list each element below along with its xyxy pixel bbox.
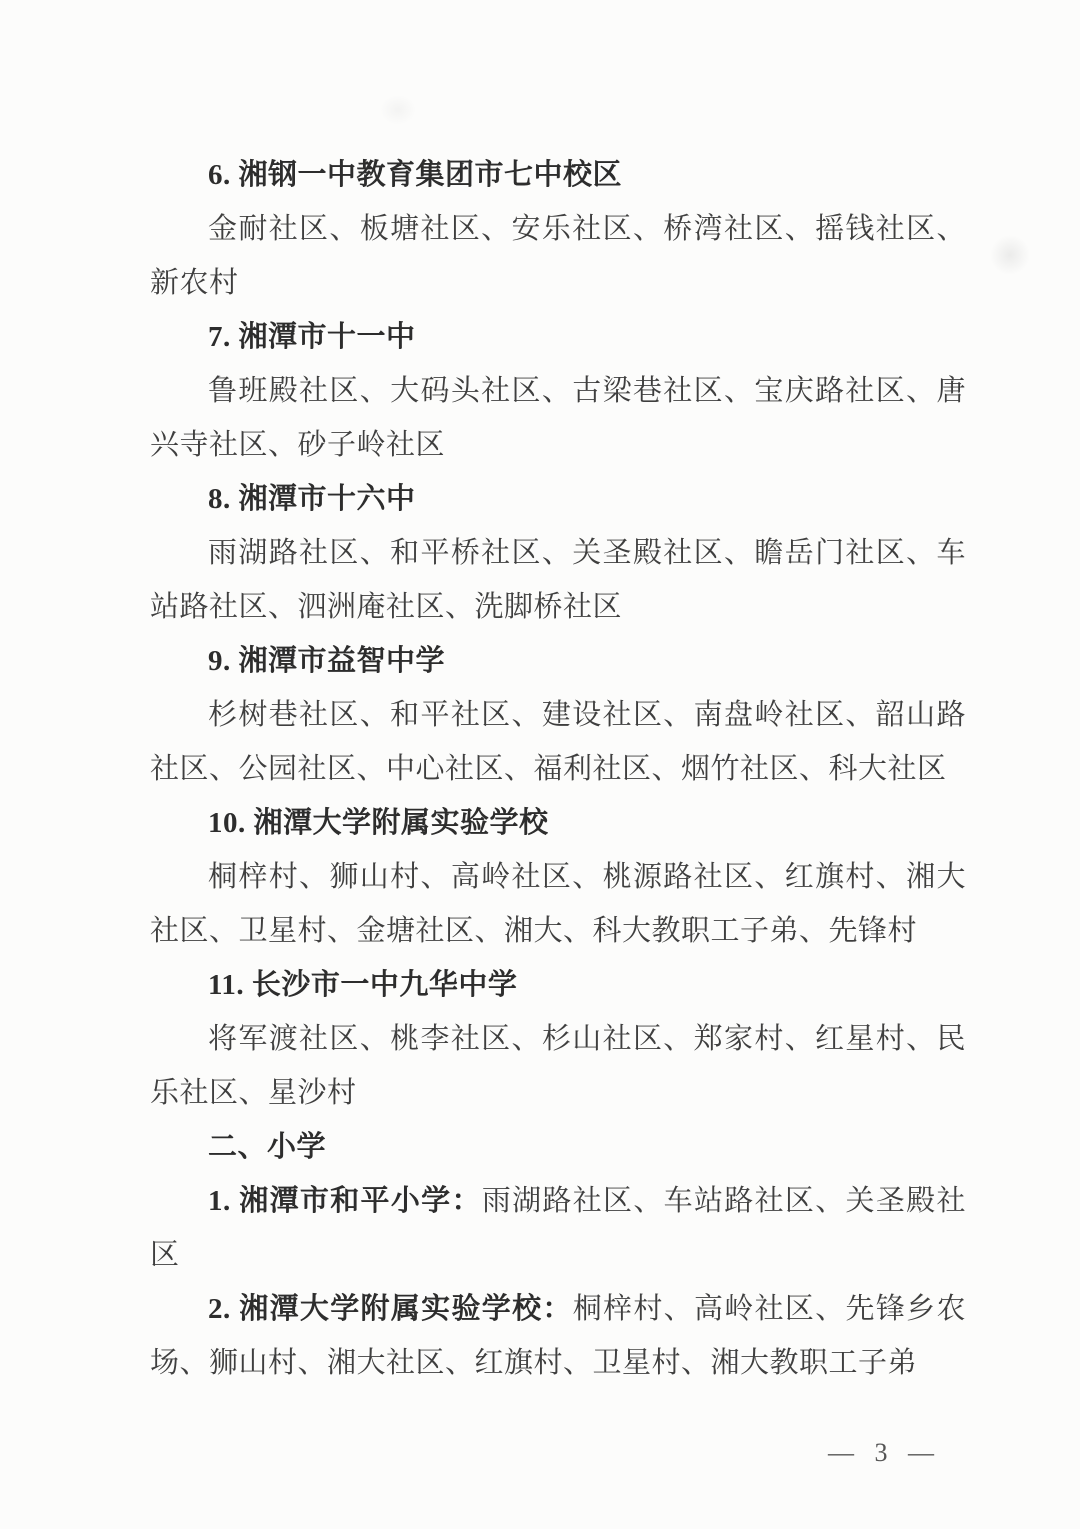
page-number-text: — 3 — <box>828 1438 936 1467</box>
section-heading-8: 8. 湘潭市十六中 <box>150 472 966 526</box>
section-heading-10: 10. 湘潭大学附属实验学校 <box>150 796 966 850</box>
document-body: 6. 湘钢一中教育集团市七中校区 金耐社区、板塘社区、安乐社区、桥湾社区、摇钱社… <box>150 148 966 1390</box>
section-communities-7: 鲁班殿社区、大码头社区、古梁巷社区、宝庆路社区、唐兴寺社区、砂子岭社区 <box>150 364 966 472</box>
section-communities-9: 杉树巷社区、和平社区、建设社区、南盘岭社区、韶山路社区、公园社区、中心社区、福利… <box>150 688 966 796</box>
section-communities-11: 将军渡社区、桃李社区、杉山社区、郑家村、红星村、民乐社区、星沙村 <box>150 1012 966 1120</box>
section-communities-8: 雨湖路社区、和平桥社区、关圣殿社区、瞻岳门社区、车站路社区、泗洲庵社区、洗脚桥社… <box>150 526 966 634</box>
primary-item-1: 1. 湘潭市和平小学：雨湖路社区、车站路社区、关圣殿社区 <box>150 1174 966 1282</box>
section-heading-11: 11. 长沙市一中九华中学 <box>150 958 966 1012</box>
primary-item-2-label: 2. 湘潭大学附属实验学校： <box>208 1293 573 1325</box>
primary-item-1-label: 1. 湘潭市和平小学： <box>208 1185 482 1217</box>
section-communities-10: 桐梓村、狮山村、高岭社区、桃源路社区、红旗村、湘大社区、卫星村、金塘社区、湘大、… <box>150 850 966 958</box>
primary-section-heading: 二、小学 <box>150 1120 966 1174</box>
section-communities-6: 金耐社区、板塘社区、安乐社区、桥湾社区、摇钱社区、新农村 <box>150 202 966 310</box>
section-heading-6: 6. 湘钢一中教育集团市七中校区 <box>150 148 966 202</box>
section-heading-7: 7. 湘潭市十一中 <box>150 310 966 364</box>
primary-item-2: 2. 湘潭大学附属实验学校：桐梓村、高岭社区、先锋乡农场、狮山村、湘大社区、红旗… <box>150 1282 966 1390</box>
page-number: — 3 — <box>828 1438 936 1468</box>
section-heading-9: 9. 湘潭市益智中学 <box>150 634 966 688</box>
document-page: 6. 湘钢一中教育集团市七中校区 金耐社区、板塘社区、安乐社区、桥湾社区、摇钱社… <box>0 0 1080 1529</box>
